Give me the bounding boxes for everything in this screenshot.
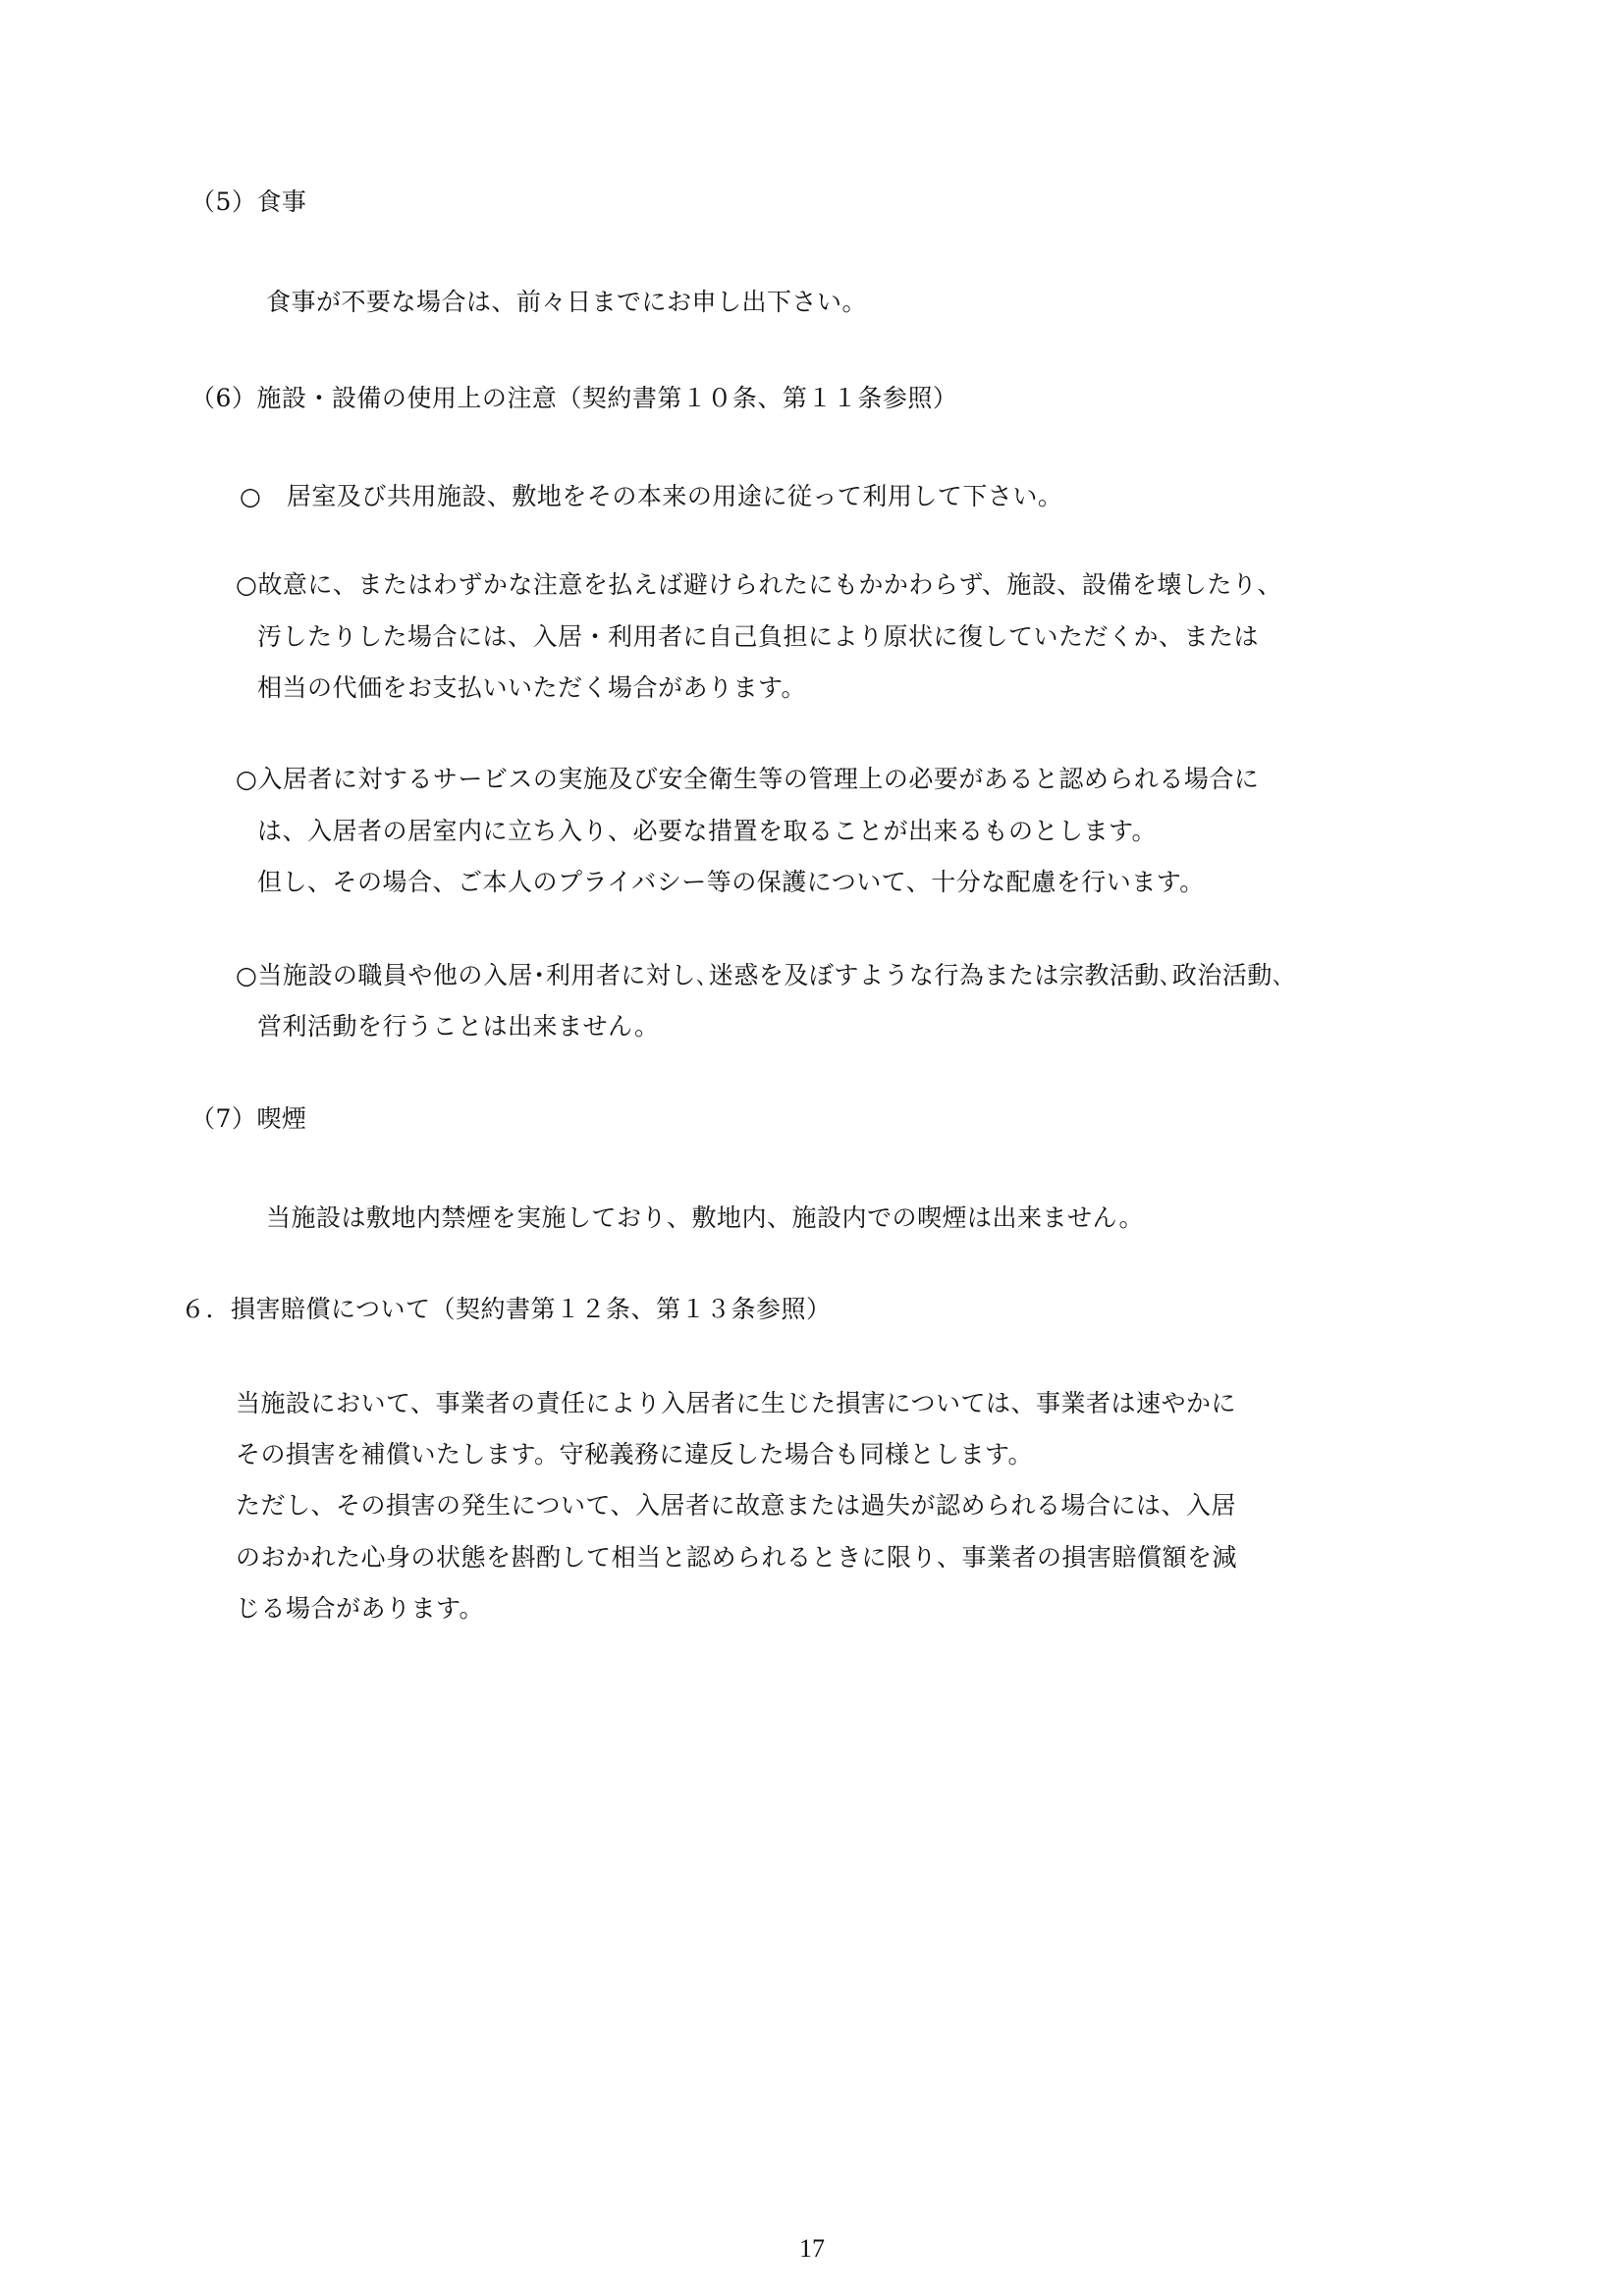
paragraph-damages-line-5: じる場合があります。 <box>236 1593 484 1625</box>
page-number: 17 <box>0 2234 1624 2264</box>
section-heading-facility-usage: （6）施設・設備の使用上の注意（契約書第１０条、第１１条参照） <box>190 383 957 414</box>
paragraph-damages-line-2: その損害を補償いたします。守秘義務に違反した場合も同様とします。 <box>236 1439 1033 1470</box>
section-heading-smoking: （7）喫煙 <box>190 1103 306 1135</box>
paragraph-damages-line-3: ただし、その損害の発生について、入居者に故意または過失が認められる場合には、入居 <box>236 1490 1236 1522</box>
bullet-room-entry-line-2: は、入居者の居室内に立ち入り、必要な措置を取ることが出来るものとします。 <box>257 816 1157 847</box>
paragraph-meals: 食事が不要な場合は、前々日までにお申し出下さい。 <box>266 287 867 318</box>
bullet-damage-line-1: ○故意に、またはわずかな注意を払えば避けられたにもかかわらず、施設、設備を壊した… <box>236 569 1282 601</box>
bullet-damage-line-3: 相当の代価をお支払いいただく場合があります。 <box>257 672 806 704</box>
bullet-room-entry-line-1: ○入居者に対するサービスの実施及び安全衛生等の管理上の必要があると認められる場合… <box>236 764 1259 795</box>
section-heading-damages: ６．損害賠償について（契約書第１２条、第１３条参照） <box>181 1294 832 1325</box>
bullet-prohibited-line-2: 営利活動を行うことは出来ません。 <box>257 1011 660 1042</box>
paragraph-damages-line-4: のおかれた心身の状態を斟酌して相当と認められるときに限り、事業者の損害賠償額を減 <box>236 1542 1237 1574</box>
bullet-room-entry-line-3: 但し、その場合、ご本人のプライバシー等の保護について、十分な配慮を行います。 <box>257 867 1205 898</box>
bullet-prohibited-line-1: ○当施設の職員や他の入居･利用者に対し､迷惑を及ぼすような行為または宗教活動､政… <box>236 960 1285 991</box>
section-heading-meals: （5）食事 <box>190 187 306 218</box>
paragraph-damages-line-1: 当施設において、事業者の責任により入居者に生じた損害については、事業者は速やかに <box>236 1388 1236 1419</box>
bullet-damage-line-2: 汚したりした場合には、入居・利用者に自己負担により原状に復していただくか、または <box>257 621 1259 653</box>
bullet-use-purpose: ○ 居室及び共用施設、敷地をその本来の用途に従って利用して下さい。 <box>240 481 1062 512</box>
paragraph-smoking: 当施設は敷地内禁煙を実施しており、敷地内、施設内での喫煙は出来ません。 <box>266 1202 1144 1234</box>
